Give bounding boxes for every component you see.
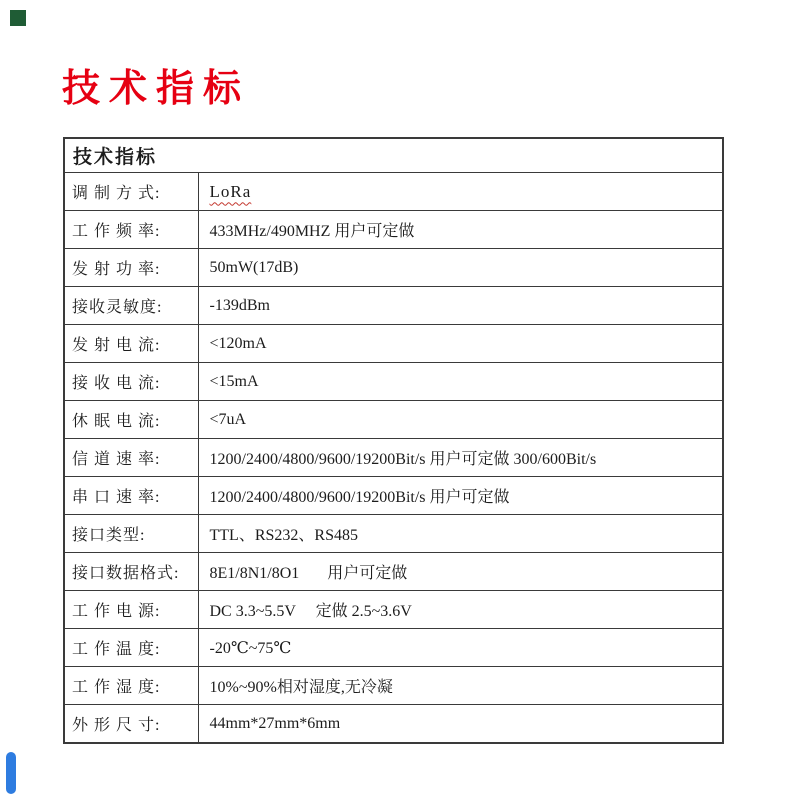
table-row: 工 作 温 度: -20℃~75℃ [64,629,723,667]
row-value: 1200/2400/4800/9600/19200Bit/s 用户可定做 [198,477,723,515]
product-spec-page: 技术指标 技术指标 调 制 方 式: LoRa 工 作 频 率: 433MHz/… [0,0,800,800]
row-label: 发 射 功 率: [64,249,198,287]
table-row: 串 口 速 率: 1200/2400/4800/9600/19200Bit/s … [64,477,723,515]
table-header: 技术指标 [64,138,723,173]
row-label: 接口类型: [64,515,198,553]
row-value: -20℃~75℃ [198,629,723,667]
blue-bar-mark [6,752,16,794]
green-square-mark [10,10,26,26]
row-value: <15mA [198,363,723,401]
row-value: <120mA [198,325,723,363]
page-title: 技术指标 [62,70,250,108]
row-label: 接口数据格式: [64,553,198,591]
row-value: 1200/2400/4800/9600/19200Bit/s 用户可定做 300… [198,439,723,477]
row-value: 10%~90%相对湿度,无冷凝 [198,667,723,705]
row-label: 串 口 速 率: [64,477,198,515]
row-value: -139dBm [198,287,723,325]
table-row: 工 作 电 源: DC 3.3~5.5V 定做 2.5~3.6V [64,591,723,629]
table-row: 接口类型: TTL、RS232、RS485 [64,515,723,553]
table-row: 发 射 电 流: <120mA [64,325,723,363]
table-row: 发 射 功 率: 50mW(17dB) [64,249,723,287]
row-value: DC 3.3~5.5V 定做 2.5~3.6V [198,591,723,629]
row-label: 信 道 速 率: [64,439,198,477]
misspelled-word: LoRa [210,182,252,201]
row-label: 调 制 方 式: [64,173,198,211]
table-row: 休 眠 电 流: <7uA [64,401,723,439]
row-value: <7uA [198,401,723,439]
table-row: 接收灵敏度: -139dBm [64,287,723,325]
table-row: 调 制 方 式: LoRa [64,173,723,211]
table-row: 外 形 尺 寸: 44mm*27mm*6mm [64,705,723,744]
row-label: 工 作 温 度: [64,629,198,667]
row-label: 工 作 湿 度: [64,667,198,705]
row-label: 工 作 频 率: [64,211,198,249]
table-row: 接口数据格式: 8E1/8N1/8O1 用户可定做 [64,553,723,591]
row-label: 接 收 电 流: [64,363,198,401]
row-value: LoRa [198,173,723,211]
table-row: 接 收 电 流: <15mA [64,363,723,401]
row-label: 发 射 电 流: [64,325,198,363]
table-row: 工 作 频 率: 433MHz/490MHZ 用户可定做 [64,211,723,249]
row-label: 外 形 尺 寸: [64,705,198,744]
table-row: 工 作 湿 度: 10%~90%相对湿度,无冷凝 [64,667,723,705]
table-header-row: 技术指标 [64,138,723,173]
row-value: 433MHz/490MHZ 用户可定做 [198,211,723,249]
table-row: 信 道 速 率: 1200/2400/4800/9600/19200Bit/s … [64,439,723,477]
row-label: 工 作 电 源: [64,591,198,629]
row-value: 44mm*27mm*6mm [198,705,723,744]
row-label: 接收灵敏度: [64,287,198,325]
row-value: 50mW(17dB) [198,249,723,287]
row-value: TTL、RS232、RS485 [198,515,723,553]
row-label: 休 眠 电 流: [64,401,198,439]
row-value: 8E1/8N1/8O1 用户可定做 [198,553,723,591]
spec-table: 技术指标 调 制 方 式: LoRa 工 作 频 率: 433MHz/490MH… [63,137,724,744]
